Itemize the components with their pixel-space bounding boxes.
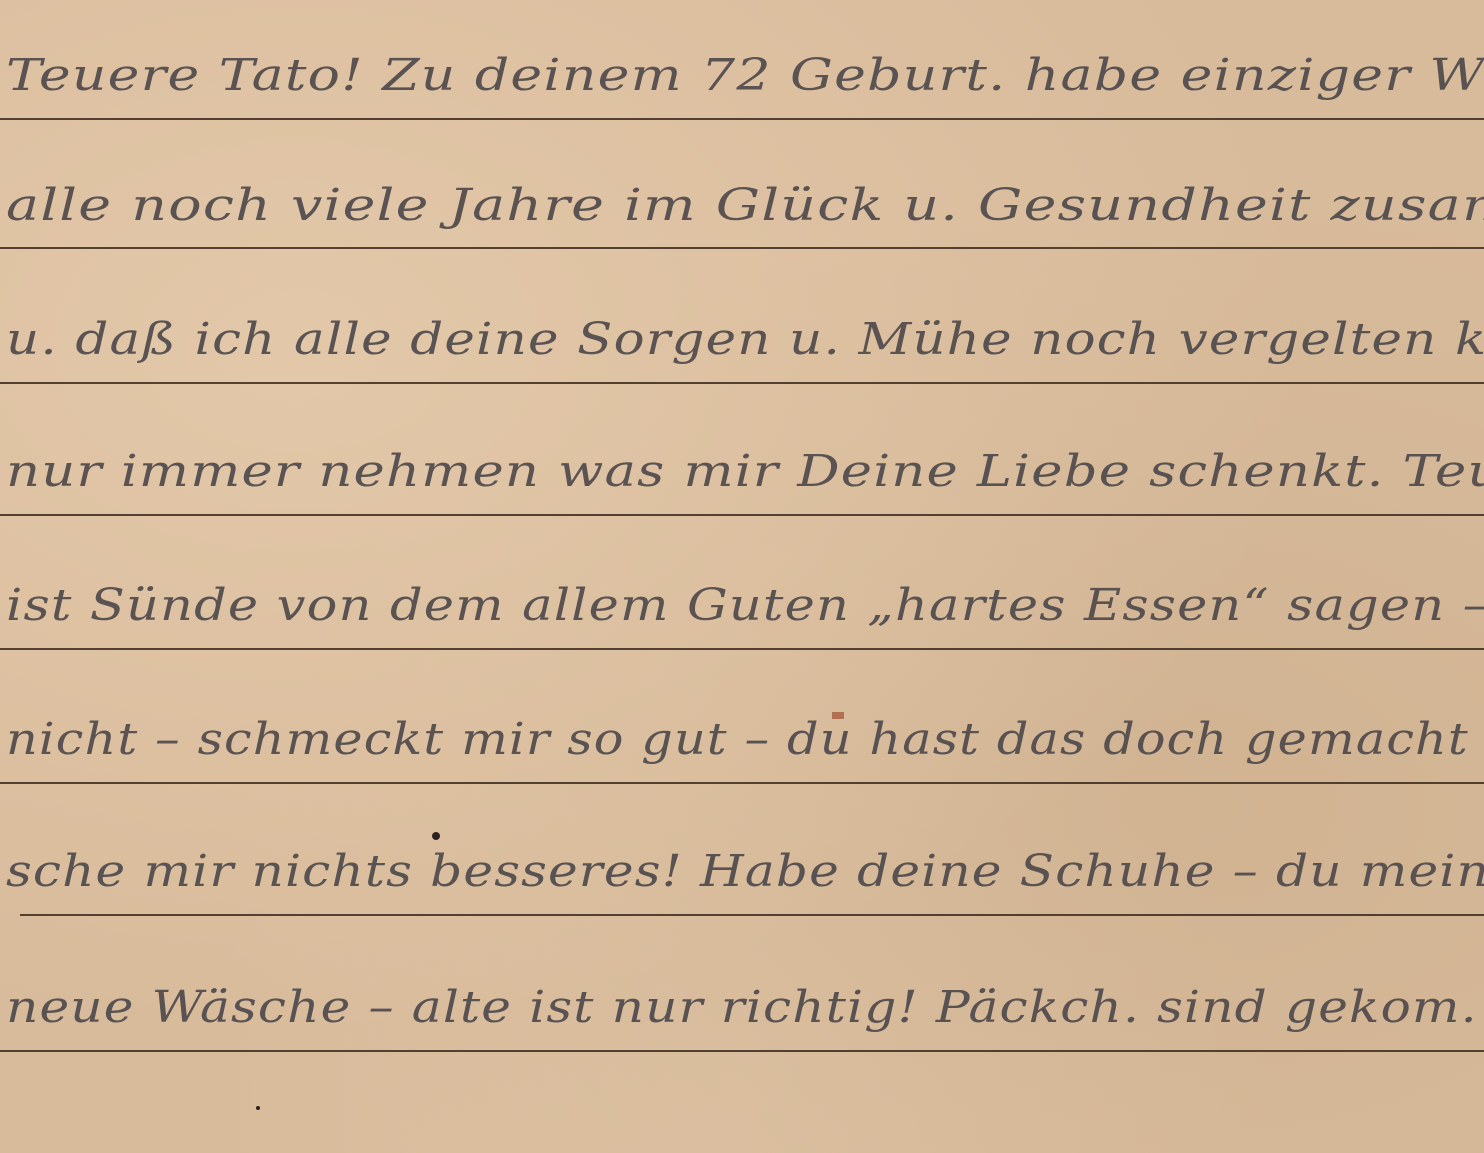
handwritten-line-7: sche mir nichts besseres! Habe deine Sch… <box>6 846 1484 897</box>
ruled-line-3 <box>0 382 1484 384</box>
ruled-line-7 <box>20 914 1484 916</box>
handwritten-line-8: neue Wäsche – alte ist nur richtig! Päck… <box>6 982 1484 1033</box>
handwritten-line-1: Teuere Tato! Zu deinem 72 Geburt. habe e… <box>6 50 1484 101</box>
handwritten-line-2: alle noch viele Jahre im Glück u. Gesund… <box>6 180 1484 231</box>
ruled-line-6 <box>0 782 1484 784</box>
handwritten-line-6: nicht – schmeckt mir so gut – du hast da… <box>6 714 1484 765</box>
red-ink-mark <box>832 712 844 719</box>
ruled-line-4 <box>0 514 1484 516</box>
ruled-line-2 <box>0 247 1484 249</box>
pencil-dot-mark <box>432 832 440 840</box>
letter-page: Teuere Tato! Zu deinem 72 Geburt. habe e… <box>0 0 1484 1153</box>
ruled-line-1 <box>0 118 1484 120</box>
handwritten-line-4: nur immer nehmen was mir Deine Liebe sch… <box>6 446 1484 497</box>
ruled-line-5 <box>0 648 1484 650</box>
handwritten-line-3: u. daß ich alle deine Sorgen u. Mühe noc… <box>6 314 1484 365</box>
ruled-line-8 <box>0 1050 1484 1052</box>
pencil-dot-mark-lower <box>256 1106 260 1110</box>
handwritten-line-5: ist Sünde von dem allem Guten „hartes Es… <box>6 580 1484 631</box>
